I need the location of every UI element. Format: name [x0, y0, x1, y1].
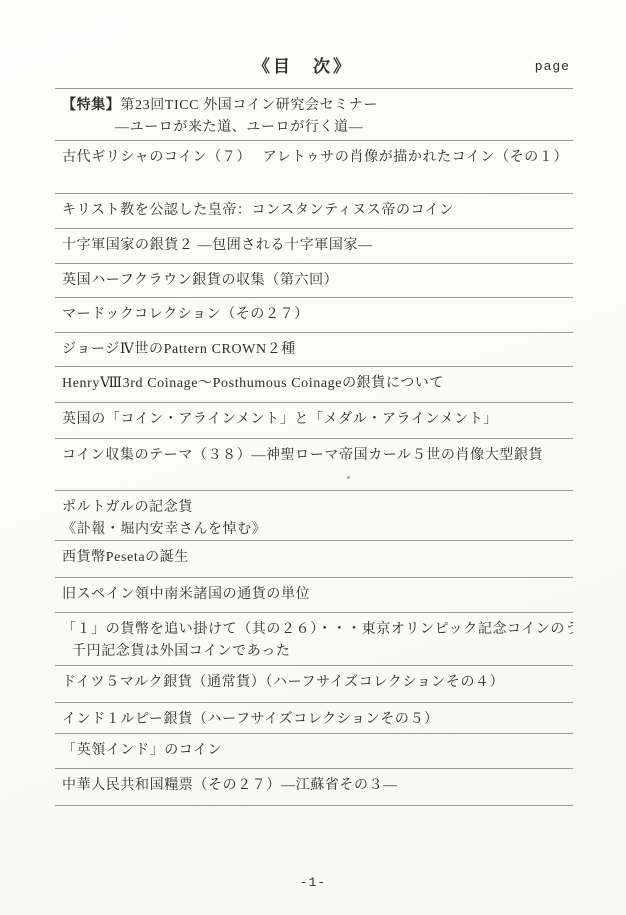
toc-row: ポルトガルの記念貨《訃報・堀内安幸さんを悼む》 [55, 490, 573, 540]
toc-entry-text: 「英領インド」のコイン [62, 740, 571, 762]
toc-entry-text: 【特集】第23回TICC 外国コイン研究会セミナー [62, 95, 571, 117]
toc-entry-text: インド１ルピー銀貨（ハーフサイズコレクションその５） [62, 709, 571, 731]
toc-row: ドイツ５マルク銀貨（通常貨）（ハーフサイズコレクションその４） [55, 665, 573, 702]
toc-title: 《目 次》 [0, 52, 606, 77]
document-page: 《目 次》 page 【特集】第23回TICC 外国コイン研究会セミナー―ユーロ… [0, 0, 626, 915]
toc-table: 【特集】第23回TICC 外国コイン研究会セミナー―ユーロが来た道、ユーロが行く… [55, 88, 573, 806]
toc-row: 西貨幣Pesetaの誕生 [55, 540, 573, 577]
toc-entry-text: 英国の「コイン・アラインメント」と「メダル・アラインメント」 [62, 409, 571, 431]
toc-row: キリスト教を公認した皇帝：コンスタンティヌス帝のコイン [55, 193, 573, 228]
toc-entry-text: マードックコレクション（その２７） [62, 304, 571, 326]
toc-row: マードックコレクション（その２７） [55, 297, 573, 332]
toc-entry-text: 旧スペイン領中南米諸国の通貨の単位 [62, 584, 571, 606]
toc-entry-text: 英国ハーフクラウン銀貨の収集（第六回） [62, 270, 571, 292]
page-number: -1- [0, 875, 626, 890]
toc-row: HenryⅧ3rd Coinage～Posthumous Coinageの銀貨に… [55, 366, 573, 402]
toc-row: 英国の「コイン・アラインメント」と「メダル・アラインメント」 [55, 402, 573, 438]
toc-entry-text: HenryⅧ3rd Coinage～Posthumous Coinageの銀貨に… [62, 373, 571, 395]
toc-entry-text: 西貨幣Pesetaの誕生 [62, 547, 571, 569]
toc-entry-text: 「１」の貨幣を追い掛けて（其の２６）・・・東京オリンピック記念コインのうち [62, 619, 571, 641]
scan-speck [347, 476, 350, 479]
toc-row: 英国ハーフクラウン銀貨の収集（第六回） [55, 263, 573, 297]
toc-row: コイン収集のテーマ（３８）―神聖ローマ帝国カール５世の肖像大型銀貨 [55, 438, 573, 490]
toc-row: 【特集】第23回TICC 外国コイン研究会セミナー―ユーロが来た道、ユーロが行く… [55, 88, 573, 140]
toc-row: 十字軍国家の銀貨２ ―包囲される十字軍国家― [55, 228, 573, 263]
toc-entry-text: 千円記念貨は外国コインであった [62, 641, 571, 663]
page-column-label: page [535, 59, 570, 74]
toc-entry-text: ジョージⅣ世のPattern CROWN２種 [62, 339, 571, 361]
toc-row: 旧スペイン領中南米諸国の通貨の単位 [55, 577, 573, 612]
toc-row: 「英領インド」のコイン [55, 733, 573, 768]
toc-entry-text: ポルトガルの記念貨 [62, 497, 571, 519]
toc-entry-text: コイン収集のテーマ（３８）―神聖ローマ帝国カール５世の肖像大型銀貨 [62, 445, 571, 467]
toc-entry-text: 古代ギリシャのコイン（７） アレトゥサの肖像が描かれたコイン（その１） [62, 147, 571, 169]
toc-entry-text: 中華人民共和国糧票（その２７）―江蘇省その３― [62, 775, 571, 797]
toc-row: 古代ギリシャのコイン（７） アレトゥサの肖像が描かれたコイン（その１） [55, 140, 573, 193]
toc-entry-text: 十字軍国家の銀貨２ ―包囲される十字軍国家― [62, 235, 571, 257]
toc-entry-text: ―ユーロが来た道、ユーロが行く道― [62, 117, 571, 139]
toc-row: ジョージⅣ世のPattern CROWN２種 [55, 332, 573, 366]
toc-row: 中華人民共和国糧票（その２７）―江蘇省その３― [55, 768, 573, 805]
toc-entry-text: 《訃報・堀内安幸さんを悼む》 [62, 519, 571, 540]
toc-row: インド１ルピー銀貨（ハーフサイズコレクションその５） [55, 702, 573, 733]
toc-entry-text: ドイツ５マルク銀貨（通常貨）（ハーフサイズコレクションその４） [62, 672, 571, 694]
toc-entry-text: キリスト教を公認した皇帝：コンスタンティヌス帝のコイン [62, 200, 571, 222]
toc-row: 「１」の貨幣を追い掛けて（其の２６）・・・東京オリンピック記念コインのうち千円記… [55, 612, 573, 665]
